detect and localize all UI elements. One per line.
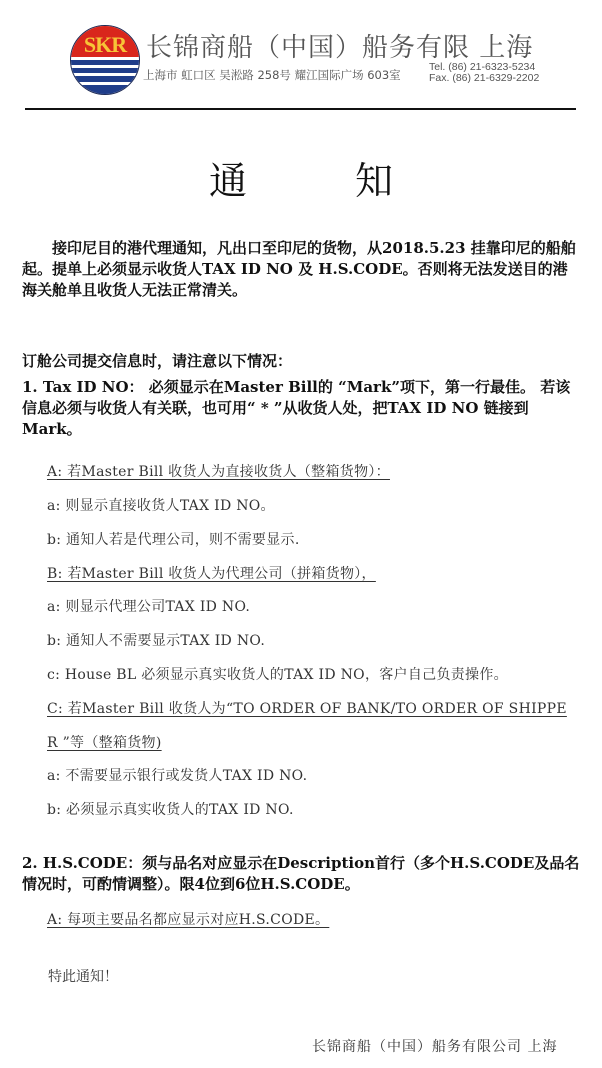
company-name: 长锦商船（中国）船务有限 上海 (146, 27, 533, 64)
case-c-point-b: b: 必须显示真实收货人的TAX ID NO. (47, 801, 294, 819)
contact-info: Tel. (86) 21-6323-5234 Fax. (86) 21-6329… (429, 62, 539, 84)
item-2-case-a: A: 每项主要品名都应显示对应H.S.CODE。 (47, 911, 329, 929)
closing-remark: 特此通知！ (48, 966, 118, 986)
intro-paragraph: 接印尼目的港代理通知，凡出口至印尼的货物，从2018.5.23 挂靠印尼的船舶起… (22, 238, 580, 301)
notice-heading: 订舱公司提交信息时，请注意以下情况： (22, 351, 580, 372)
company-address: 上海市 虹口区 吴淞路 258号 耀江国际广场 603室 (143, 67, 401, 83)
document-title: 通知 (0, 150, 602, 205)
case-c-point-a: a: 不需要显示银行或发货人TAX ID NO. (47, 767, 307, 785)
case-b-point-c: c: House BL 必须显示真实收货人的TAX ID NO，客户自己负责操作… (47, 666, 508, 684)
case-c-heading-line1: C: 若Master Bill 收货人为“TO ORDER OF BANK/TO… (47, 700, 567, 718)
case-b-heading: B: 若Master Bill 收货人为代理公司（拼箱货物）， (47, 565, 376, 583)
case-a-point-a: a: 则显示直接收货人TAX ID NO。 (47, 497, 275, 515)
case-b-point-b: b: 通知人不需要显示TAX ID NO. (47, 632, 265, 650)
case-c-heading-line2: R ”等（整箱货物) (47, 734, 162, 752)
signature: 长锦商船（中国）船务有限公司 上海 (312, 1036, 557, 1056)
fax-number: Fax. (86) 21-6329-2202 (429, 73, 539, 84)
case-a-point-b: b: 通知人若是代理公司，则不需要显示. (47, 531, 300, 549)
header-divider (25, 108, 576, 110)
title-char-1: 通 (209, 150, 247, 205)
case-b-point-a: a: 则显示代理公司TAX ID NO. (47, 598, 250, 616)
item-1-tax-id: 1. Tax ID NO： 必须显示在Master Bill的 “Mark”项下… (22, 377, 580, 440)
letterhead: SKR 长锦商船（中国）船务有限 上海 上海市 虹口区 吴淞路 258号 耀江国… (0, 0, 602, 110)
title-char-2: 知 (355, 150, 393, 205)
case-a-heading: A: 若Master Bill 收货人为直接收货人（整箱货物）： (47, 463, 390, 481)
logo-text: SKR (71, 32, 139, 58)
skr-logo: SKR (70, 25, 140, 95)
item-2-hs-code: 2. H.S.CODE：须与品名对应显示在Description首行（多个H.S… (22, 853, 580, 895)
